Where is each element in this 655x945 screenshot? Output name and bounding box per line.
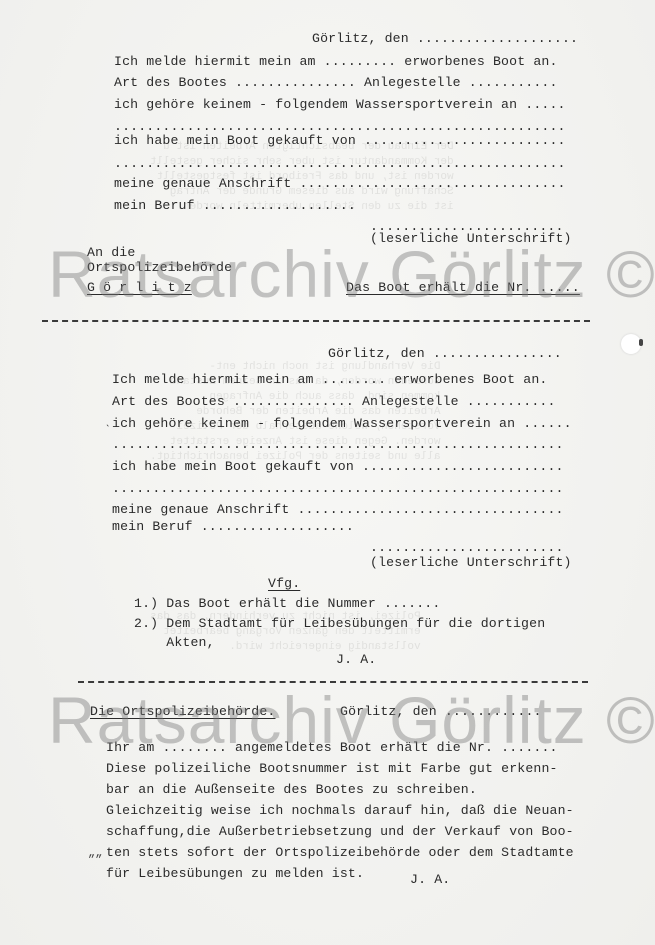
middle-form-line: Ich melde hiermit mein am ........ erwor… <box>112 372 547 388</box>
top-form-line: ........................................… <box>114 156 566 172</box>
middle-form-line: ........................................… <box>112 481 564 497</box>
top-form-line: meine genaue Anschrift .................… <box>114 176 566 192</box>
address-line-2: Ortspolizeibehörde <box>87 260 232 276</box>
stray-mark: „„ <box>88 846 102 860</box>
vfg-item: 1.) Das Boot erhält die Nummer ....... <box>134 596 440 612</box>
middle-signature-label: (leserliche Unterschrift) <box>370 555 572 571</box>
top-form-line: Ich melde hiermit mein am ......... erwo… <box>114 54 558 70</box>
bottom-text-line: Ihr am ........ angemeldetes Boot erhält… <box>106 740 558 756</box>
address-line-3: G ö r l i t z <box>87 280 192 296</box>
top-form-line: Art des Bootes ............... Anlegeste… <box>114 75 558 91</box>
middle-date-line: Görlitz, den ................ <box>328 346 562 362</box>
separator-dashed <box>42 320 590 322</box>
punch-hole-shadow <box>639 339 643 346</box>
bottom-ja: J. A. <box>410 872 450 888</box>
punch-hole <box>621 334 641 354</box>
bottom-text-line: für Leibesübungen zu melden ist. <box>106 866 364 882</box>
top-signature-label: (leserliche Unterschrift) <box>370 231 572 247</box>
bottom-text-line: Gleichzeitig weise ich nochmals darauf h… <box>106 803 574 819</box>
address-line-1: An die <box>87 245 135 261</box>
top-boat-number-line: Das Boot erhält die Nr. ..... <box>346 280 580 296</box>
separator-dashed <box>78 681 588 683</box>
middle-form-line: ich gehöre keinem - folgendem Wasserspor… <box>112 416 572 432</box>
authority-heading: Die Ortspolizeibehörde. <box>90 704 275 720</box>
top-form-line: ich habe mein Boot gekauft von .........… <box>114 133 566 149</box>
bottom-text-line: bar an die Außenseite des Bootes zu schr… <box>106 782 477 798</box>
stray-mark: ˎ <box>104 414 111 428</box>
bottom-text-line: Diese polizeiliche Bootsnummer ist mit F… <box>106 761 558 777</box>
vfg-item: Akten, <box>134 635 215 651</box>
middle-form-line: Art des Bootes ............... Anlegeste… <box>112 394 556 410</box>
document-page: Der Einbau der beabsichtigten Arbeiten i… <box>0 0 655 945</box>
middle-form-line: ........................................… <box>112 437 564 453</box>
top-form-line: mein Beruf ................... <box>114 198 356 214</box>
middle-form-line: mein Beruf ................... <box>112 519 354 535</box>
middle-form-line: meine genaue Anschrift .................… <box>112 502 564 518</box>
middle-form-line: ich habe mein Boot gekauft von .........… <box>112 459 564 475</box>
top-form-line: ich gehöre keinem - folgendem Wasserspor… <box>114 97 566 113</box>
bottom-text-line: schaffung,die Außerbetriebsetzung und de… <box>106 824 574 840</box>
vfg-item: 2.) Dem Stadtamt für Leibesübungen für d… <box>134 616 545 632</box>
bottom-date-line: Görlitz, den ............ <box>340 704 542 720</box>
middle-signature-dots: ........................ <box>370 540 564 556</box>
vfg-heading: Vfg. <box>268 576 300 592</box>
top-date-line: Görlitz, den .................... <box>312 31 578 47</box>
middle-ja: J. A. <box>336 652 376 668</box>
bottom-text-line: ten stets sofort der Ortspolizeibehörde … <box>106 845 574 861</box>
